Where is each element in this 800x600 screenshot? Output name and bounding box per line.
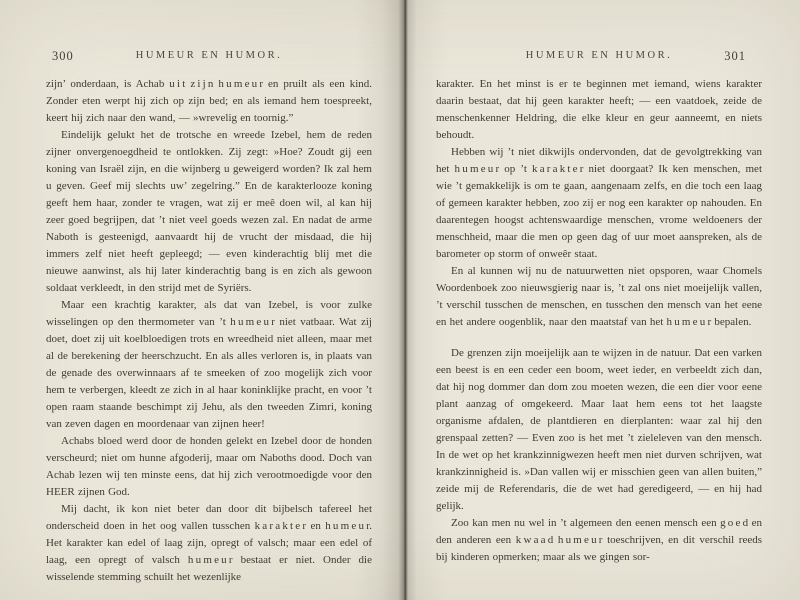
page-left-header: 300 HUMEUR EN HUMOR.: [46, 50, 372, 66]
page-right-header: HUMEUR EN HUMOR. 301: [436, 50, 762, 66]
paragraph: Hebben wij ’t niet dikwijls ondervonden,…: [436, 144, 762, 263]
page-left: 300 HUMEUR EN HUMOR. zijn’ onderdaan, is…: [46, 0, 372, 600]
paragraph: En al kunnen wij nu de natuurwetten niet…: [436, 263, 762, 331]
paragraph: Mij dacht, ik kon niet beter dan door di…: [46, 501, 372, 586]
paragraph: Achabs bloed werd door de honden gelekt …: [46, 433, 372, 501]
book-gutter-shadow: [356, 0, 448, 600]
page-right-body: karakter. En het minst is er te beginnen…: [436, 76, 762, 566]
page-number-left: 300: [52, 49, 74, 64]
page-right: HUMEUR EN HUMOR. 301 karakter. En het mi…: [436, 0, 762, 600]
paragraph: De grenzen zijn moeijelijk aan te wijzen…: [436, 345, 762, 515]
running-title-right: HUMEUR EN HUMOR.: [436, 50, 762, 61]
paragraph: karakter. En het minst is er te beginnen…: [436, 76, 762, 144]
paragraph: zijn’ onderdaan, is Achab u i t z i j n …: [46, 76, 372, 127]
book-scan: 300 HUMEUR EN HUMOR. zijn’ onderdaan, is…: [0, 0, 800, 600]
page-number-right: 301: [724, 49, 746, 64]
paragraph: Maar een krachtig karakter, als dat van …: [46, 297, 372, 433]
paragraph: Eindelijk gelukt het de trotsche en wree…: [46, 127, 372, 297]
paragraph: Zoo kan men nu wel in ’t algemeen den ee…: [436, 515, 762, 566]
page-left-body: zijn’ onderdaan, is Achab u i t z i j n …: [46, 76, 372, 586]
running-title-left: HUMEUR EN HUMOR.: [46, 50, 372, 61]
